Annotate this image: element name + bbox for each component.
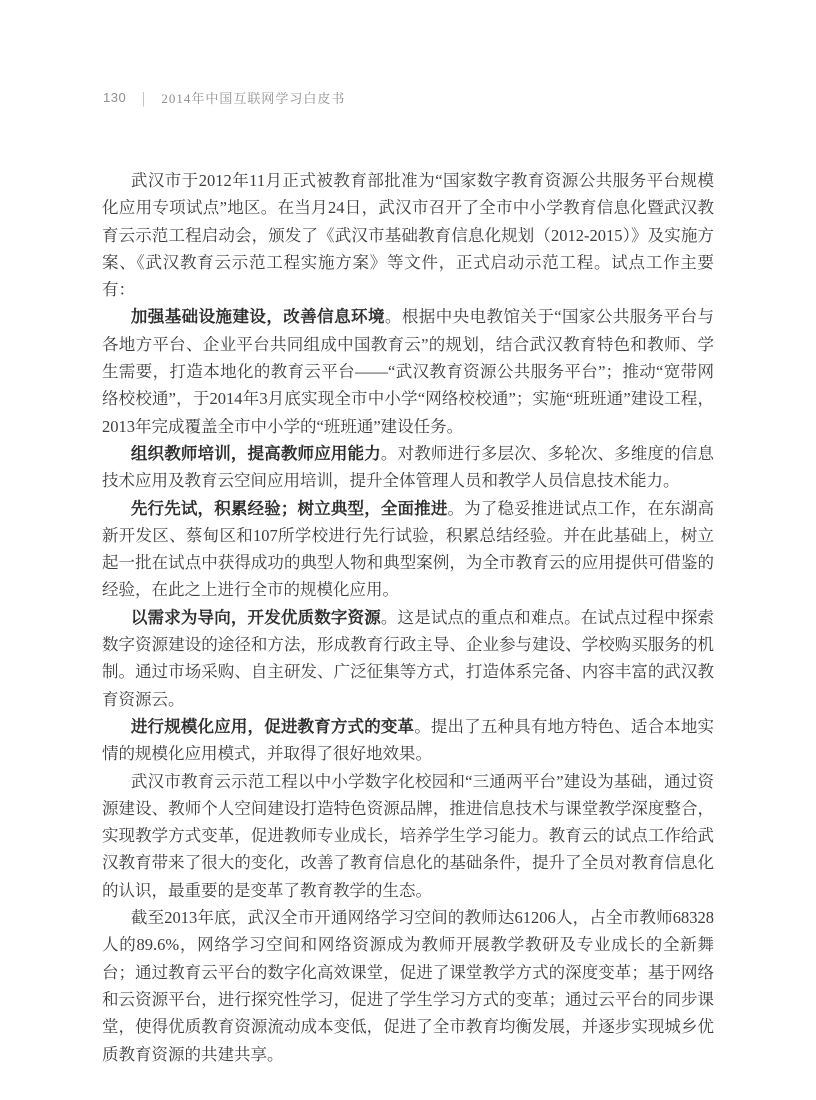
- paragraph-lead: 先行先试，积累经验；树立典型，全面推进: [131, 499, 448, 518]
- paragraph-lead: 进行规模化应用，促进教育方式的变革: [131, 717, 414, 736]
- header-divider: |: [142, 88, 145, 107]
- paragraph-text: 武汉市于2012年11月正式被教育部批准为“国家数字教育资源公共服务平台规模化应…: [102, 171, 714, 299]
- body-text: 武汉市于2012年11月正式被教育部批准为“国家数字教育资源公共服务平台规模化应…: [102, 167, 714, 1068]
- paragraph-text: 截至2013年底，武汉全市开通网络学习空间的教师达61206人，占全市教师683…: [102, 908, 714, 1063]
- paragraph-text: 武汉市教育云示范工程以中小学数字化校园和“三通两平台”建设为基础，通过资源建设、…: [102, 772, 714, 900]
- page-number: 130: [103, 90, 126, 105]
- running-header: 130 | 2014年中国互联网学习白皮书: [103, 88, 345, 107]
- paragraph-lead: 以需求为导向，开发优质数字资源: [131, 608, 381, 627]
- book-title: 2014年中国互联网学习白皮书: [161, 88, 345, 107]
- paragraph: 武汉市教育云示范工程以中小学数字化校园和“三通两平台”建设为基础，通过资源建设、…: [102, 768, 714, 904]
- paragraph: 以需求为导向，开发优质数字资源。这是试点的重点和难点。在试点过程中探索数字资源建…: [102, 604, 714, 713]
- paragraph-lead: 加强基础设施建设，改善信息环境: [131, 307, 385, 326]
- paragraph: 先行先试，积累经验；树立典型，全面推进。为了稳妥推进试点工作，在东湖高新开发区、…: [102, 495, 714, 604]
- paragraph-text: 。根据中央电教馆关于“国家公共服务平台与各地方平台、企业平台共同组成中国教育云”…: [102, 307, 714, 435]
- document-page: 130 | 2014年中国互联网学习白皮书 武汉市于2012年11月正式被教育部…: [0, 0, 816, 1100]
- paragraph-lead: 组织教师培训，提高教师应用能力: [131, 444, 381, 463]
- paragraph: 武汉市于2012年11月正式被教育部批准为“国家数字教育资源公共服务平台规模化应…: [102, 167, 714, 303]
- paragraph: 截至2013年底，武汉全市开通网络学习空间的教师达61206人，占全市教师683…: [102, 904, 714, 1068]
- paragraph: 进行规模化应用，促进教育方式的变革。提出了五种具有地方特色、适合本地实情的规模化…: [102, 713, 714, 768]
- paragraph: 组织教师培训，提高教师应用能力。对教师进行多层次、多轮次、多维度的信息技术应用及…: [102, 440, 714, 495]
- paragraph: 加强基础设施建设，改善信息环境。根据中央电教馆关于“国家公共服务平台与各地方平台…: [102, 303, 714, 439]
